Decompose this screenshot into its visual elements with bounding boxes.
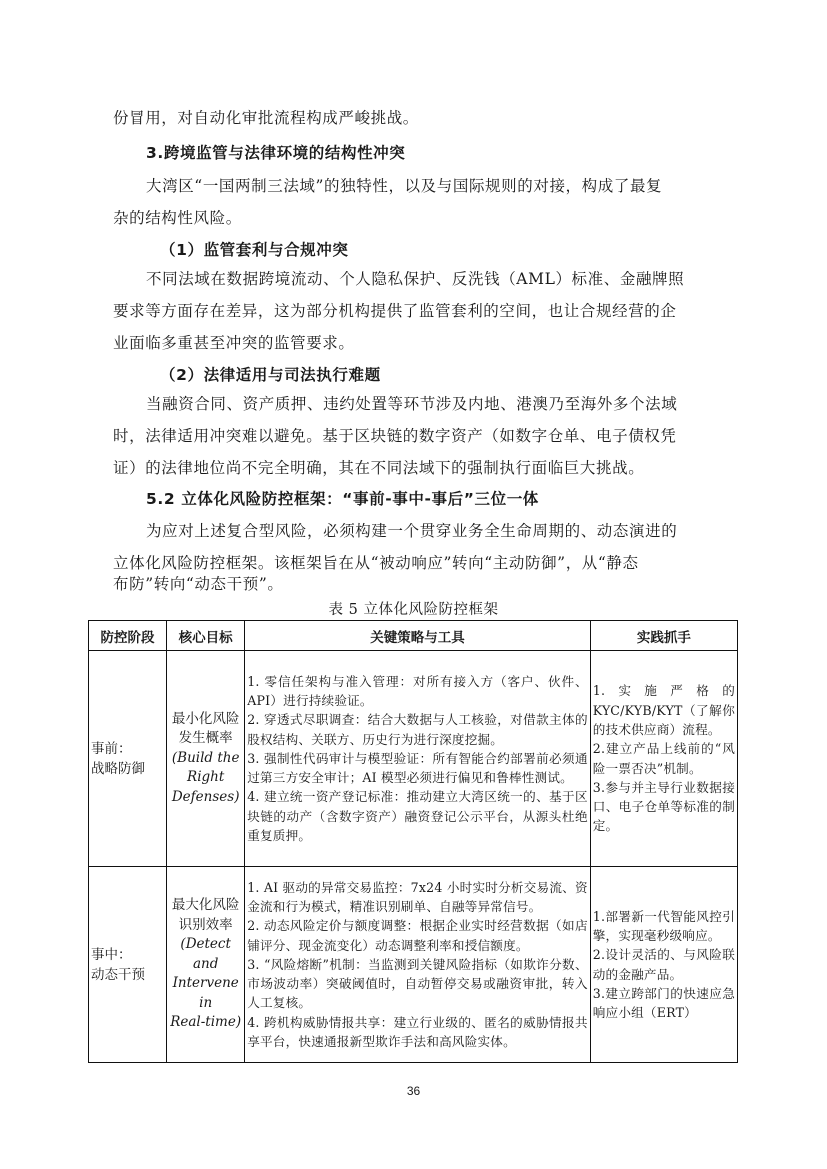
stage-label: 事中： bbox=[91, 945, 166, 965]
paragraph-line: 当融资合同、资产质押、违约处置等环节涉及内地、港澳乃至海外多个法域 bbox=[146, 394, 746, 414]
stage-label: 事前： bbox=[91, 739, 166, 759]
page-number: 36 bbox=[0, 1084, 827, 1098]
goal-english: Right bbox=[167, 768, 244, 788]
paragraph-line: 业面临多重甚至冲突的监管要求。 bbox=[113, 333, 713, 353]
practice-item: 2.建立产品上线前的“风险一票否决”机制。 bbox=[593, 739, 735, 778]
paragraph-line: 立体化风险防控框架。该框架旨在从“被动响应”转向“主动防御”，从“静态 bbox=[113, 553, 713, 573]
header-goal: 核心目标 bbox=[167, 621, 245, 651]
table-header-row: 防控阶段 核心目标 关键策略与工具 实践抓手 bbox=[89, 621, 738, 651]
stage-name: 战略防御 bbox=[91, 759, 166, 779]
practice-item: 3.参与并主导行业数据接口、电子仓单等标准的制定。 bbox=[593, 778, 735, 836]
strategy-item: 2. 动态风险定价与额度调整：根据企业实时经营数据（如店铺评分、现金流变化）动态… bbox=[247, 916, 588, 955]
goal-english: Defenses) bbox=[167, 788, 244, 808]
paragraph-line: 布防”转向“动态干预”。 bbox=[113, 574, 713, 594]
stage-name: 动态干预 bbox=[91, 965, 166, 985]
practice-item: 3.建立跨部门的快速应急响应小组（ERT） bbox=[593, 984, 735, 1023]
header-practices: 实践抓手 bbox=[590, 621, 737, 651]
practice-item: 2.设计灵活的、与风险联动的金融产品。 bbox=[593, 945, 735, 984]
goal-text: 最小化风险 bbox=[167, 710, 244, 730]
strategies-cell: 1. 零信任架构与准入管理：对所有接入方（客户、伙件、API）进行持续验证。 2… bbox=[245, 651, 591, 867]
paragraph-line: 要求等方面存在差异，这为部分机构提供了监管套利的空间，也让合规经营的企 bbox=[113, 301, 713, 321]
goal-cell: 最大化风险 识别效率 (Detect and Intervene in Real… bbox=[167, 867, 245, 1063]
goal-cell: 最小化风险 发生概率 (Build the Right Defenses) bbox=[167, 651, 245, 867]
paragraph-line: 杂的结构性风险。 bbox=[113, 208, 713, 228]
paragraph-line: 大湾区“一国两制三法域”的独特性，以及与国际规则的对接，构成了最复 bbox=[146, 176, 746, 196]
strategy-item: 4. 建立统一资产登记标准：推动建立大湾区统一的、基于区块链的动产（含数字资产）… bbox=[247, 787, 588, 845]
strategies-cell: 1. AI 驱动的异常交易监控：7x24 小时实时分析交易流、资金流和行为模式，… bbox=[245, 867, 591, 1063]
stage-cell: 事前： 战略防御 bbox=[89, 651, 167, 867]
goal-text: 最大化风险 bbox=[167, 896, 244, 916]
paragraph-continuation: 份冒用，对自动化审批流程构成严峻挑战。 bbox=[113, 108, 713, 128]
goal-english: Real-time) bbox=[167, 1013, 244, 1033]
header-stage: 防控阶段 bbox=[89, 621, 167, 651]
table-row: 事中： 动态干预 最大化风险 识别效率 (Detect and Interven… bbox=[89, 867, 738, 1063]
goal-english: Intervene bbox=[167, 974, 244, 994]
strategy-item: 3. 强制性代码审计与模型验证：所有智能合约部署前必须通过第三方安全审计；AI … bbox=[247, 749, 588, 788]
subheading-2: （2）法律适用与司法执行难题 bbox=[160, 365, 760, 385]
paragraph-line: 时，法律适用冲突难以避免。基于区块链的数字资产（如数字仓单、电子债权凭 bbox=[113, 426, 713, 446]
table-row: 事前： 战略防御 最小化风险 发生概率 (Build the Right Def… bbox=[89, 651, 738, 867]
goal-english: (Detect bbox=[167, 935, 244, 955]
strategy-item: 4. 跨机构威胁情报共享：建立行业级的、匿名的威胁情报共享平台，快速通报新型欺诈… bbox=[247, 1013, 588, 1052]
practices-cell: 1.部署新一代智能风控引擎，实现毫秒级响应。 2.设计灵活的、与风险联动的金融产… bbox=[590, 867, 737, 1063]
practice-item: 1.实施严格的KYC/KYB/KYT（了解你的技术供应商）流程。 bbox=[593, 681, 735, 739]
practices-cell: 1.实施严格的KYC/KYB/KYT（了解你的技术供应商）流程。 2.建立产品上… bbox=[590, 651, 737, 867]
document-page: 份冒用，对自动化审批流程构成严峻挑战。 3.跨境监管与法律环境的结构性冲突 大湾… bbox=[0, 0, 827, 1169]
strategy-item: 1. 零信任架构与准入管理：对所有接入方（客户、伙件、API）进行持续验证。 bbox=[247, 672, 588, 711]
goal-english: and bbox=[167, 955, 244, 975]
strategy-item: 1. AI 驱动的异常交易监控：7x24 小时实时分析交易流、资金流和行为模式，… bbox=[247, 878, 588, 917]
goal-english: (Build the bbox=[167, 749, 244, 769]
header-strategies: 关键策略与工具 bbox=[245, 621, 591, 651]
goal-text: 发生概率 bbox=[167, 729, 244, 749]
paragraph-line: 证）的法律地位尚不完全明确，其在不同法域下的强制执行面临巨大挑战。 bbox=[113, 458, 713, 478]
strategy-item: 3. “风险熔断”机制：当监测到关键风险指标（如欺诈分数、市场波动率）突破阈值时… bbox=[247, 955, 588, 1013]
paragraph-line: 为应对上述复合型风险，必须构建一个贯穿业务全生命周期的、动态演进的 bbox=[146, 521, 746, 541]
risk-framework-table: 防控阶段 核心目标 关键策略与工具 实践抓手 事前： 战略防御 最小化风险 发生… bbox=[88, 620, 738, 1063]
subheading-1: （1）监管套利与合规冲突 bbox=[160, 240, 760, 260]
section-heading-3: 3.跨境监管与法律环境的结构性冲突 bbox=[146, 143, 746, 163]
table-caption: 表 5 立体化风险防控框架 bbox=[0, 598, 827, 619]
section-heading-5-2: 5.2 立体化风险防控框架：“事前-事中-事后”三位一体 bbox=[146, 489, 746, 509]
practice-item: 1.部署新一代智能风控引擎，实现毫秒级响应。 bbox=[593, 907, 735, 946]
strategy-item: 2. 穿透式尽职调查：结合大数据与人工核验，对借款主体的股权结构、关联方、历史行… bbox=[247, 710, 588, 749]
paragraph-line: 不同法域在数据跨境流动、个人隐私保护、反洗钱（AML）标准、金融牌照 bbox=[146, 269, 746, 289]
stage-cell: 事中： 动态干预 bbox=[89, 867, 167, 1063]
goal-text: 识别效率 bbox=[167, 916, 244, 936]
goal-english: in bbox=[167, 994, 244, 1014]
